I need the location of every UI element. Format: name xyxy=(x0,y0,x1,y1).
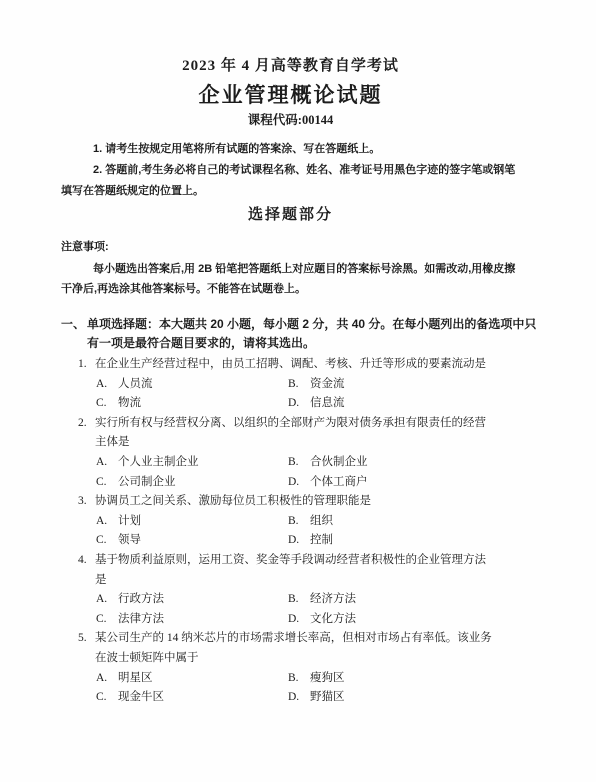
option-label: B. xyxy=(288,590,310,610)
exam-subject-title: 企业管理概论试题 xyxy=(61,83,520,109)
option-text: 计划 xyxy=(118,515,141,527)
question-stem: 4.基于物质利益原则，运用工资、奖金等手段调动经营者积极性的企业管理方法是 xyxy=(61,551,495,590)
option-text: 人员流 xyxy=(118,378,153,390)
question-stem-text: 在企业生产经营过程中，由员工招聘、调配、考核、升迁等形成的要素流动是 xyxy=(95,358,486,370)
option-d: D.野猫区 xyxy=(288,688,345,708)
option-label: B. xyxy=(288,375,310,395)
question-stem-text: 实行所有权与经营权分离、以组织的全部财产为限对债务承担有限责任的经营主体是 xyxy=(95,417,486,449)
option-label: C. xyxy=(96,688,118,708)
question-stem: 2.实行所有权与经营权分离、以组织的全部财产为限对债务承担有限责任的经营主体是 xyxy=(61,414,495,453)
option-b: B.经济方法 xyxy=(288,590,356,610)
notice-label: 注意事项: xyxy=(61,239,520,256)
option-text: 物流 xyxy=(118,397,141,409)
section-title: 选择题部分 xyxy=(61,205,520,224)
option-text: 明星区 xyxy=(118,672,153,684)
option-a: A.行政方法 xyxy=(96,590,288,610)
question-4: 4.基于物质利益原则，运用工资、奖金等手段调动经营者积极性的企业管理方法是 A.… xyxy=(61,551,495,629)
option-c: C.公司制企业 xyxy=(96,473,288,493)
option-text: 行政方法 xyxy=(118,593,164,605)
instruction-item-1: 1. 请考生按规定用笔将所有试题的答案涂、写在答题纸上。 xyxy=(61,139,520,160)
option-text: 组织 xyxy=(310,515,333,527)
question-stem-text: 基于物质利益原则，运用工资、奖金等手段调动经营者积极性的企业管理方法是 xyxy=(95,554,486,586)
option-label: B. xyxy=(288,453,310,473)
option-c: C.领导 xyxy=(96,531,288,551)
question-2: 2.实行所有权与经营权分离、以组织的全部财产为限对债务承担有限责任的经营主体是 … xyxy=(61,414,495,492)
option-d: D.控制 xyxy=(288,531,333,551)
option-label: C. xyxy=(96,394,118,414)
question-stem: 1.在企业生产经营过程中，由员工招聘、调配、考核、升迁等形成的要素流动是 xyxy=(61,355,495,375)
option-label: D. xyxy=(288,610,310,630)
options-grid: A.计划 B.组织 C.领导 D.控制 xyxy=(61,512,495,551)
option-label: B. xyxy=(288,669,310,689)
option-text: 瘦狗区 xyxy=(310,672,345,684)
option-text: 文化方法 xyxy=(310,613,356,625)
part-one-title: 单项选择题：本大题共 20 小题，每小题 2 分，共 40 分。在每小题列出的备… xyxy=(87,317,536,350)
option-text: 现金牛区 xyxy=(118,691,164,703)
option-d: D.个体工商户 xyxy=(288,473,368,493)
option-text: 领导 xyxy=(118,534,141,546)
option-d: D.文化方法 xyxy=(288,610,356,630)
exam-session-title: 2023 年 4 月高等教育自学考试 xyxy=(61,56,520,76)
question-3: 3.协调员工之间关系、激励每位员工积极性的管理职能是 A.计划 B.组织 C.领… xyxy=(61,492,495,551)
question-5: 5.某公司生产的 14 纳米芯片的市场需求增长率高，但相对市场占有率低。该业务在… xyxy=(61,629,495,707)
option-b: B.合伙制企业 xyxy=(288,453,368,473)
option-text: 个人业主制企业 xyxy=(118,456,199,468)
question-number: 4. xyxy=(61,551,95,571)
option-b: B.瘦狗区 xyxy=(288,669,345,689)
option-text: 经济方法 xyxy=(310,593,356,605)
option-text: 信息流 xyxy=(310,397,345,409)
option-text: 个体工商户 xyxy=(310,476,368,488)
option-label: C. xyxy=(96,473,118,493)
option-label: A. xyxy=(96,453,118,473)
option-text: 控制 xyxy=(310,534,333,546)
option-label: D. xyxy=(288,531,310,551)
question-number: 5. xyxy=(61,629,95,649)
option-text: 法律方法 xyxy=(118,613,164,625)
option-b: B.资金流 xyxy=(288,375,345,395)
options-grid: A.人员流 B.资金流 C.物流 D.信息流 xyxy=(61,375,495,414)
option-label: A. xyxy=(96,375,118,395)
question-number: 2. xyxy=(61,414,95,434)
option-text: 合伙制企业 xyxy=(310,456,368,468)
option-c: C.现金牛区 xyxy=(96,688,288,708)
question-list: 1.在企业生产经营过程中，由员工招聘、调配、考核、升迁等形成的要素流动是 A.人… xyxy=(61,355,495,708)
question-stem: 5.某公司生产的 14 纳米芯片的市场需求增长率高，但相对市场占有率低。该业务在… xyxy=(61,629,495,668)
question-number: 3. xyxy=(61,492,95,512)
option-label: A. xyxy=(96,512,118,532)
option-text: 公司制企业 xyxy=(118,476,176,488)
option-label: C. xyxy=(96,531,118,551)
instruction-item-2: 2. 答题前,考生务必将自己的考试课程名称、姓名、准考证号用黑色字迹的签字笔或钢… xyxy=(61,160,520,202)
option-label: D. xyxy=(288,688,310,708)
option-a: A.人员流 xyxy=(96,375,288,395)
options-grid: A.明星区 B.瘦狗区 C.现金牛区 D.野猫区 xyxy=(61,669,495,708)
option-label: D. xyxy=(288,394,310,414)
option-text: 野猫区 xyxy=(310,691,345,703)
options-grid: A.行政方法 B.经济方法 C.法律方法 D.文化方法 xyxy=(61,590,495,629)
question-number: 1. xyxy=(61,355,95,375)
option-label: D. xyxy=(288,473,310,493)
option-c: C.法律方法 xyxy=(96,610,288,630)
notice-body: 每小题选出答案后,用 2B 铅笔把答题纸上对应题目的答案标号涂黑。如需改动,用橡… xyxy=(61,259,520,299)
option-text: 资金流 xyxy=(310,378,345,390)
option-d: D.信息流 xyxy=(288,394,345,414)
question-stem-text: 某公司生产的 14 纳米芯片的市场需求增长率高，但相对市场占有率低。该业务在波士… xyxy=(95,632,492,664)
option-a: A.计划 xyxy=(96,512,288,532)
question-stem-text: 协调员工之间关系、激励每位员工积极性的管理职能是 xyxy=(95,495,371,507)
question-1: 1.在企业生产经营过程中，由员工招聘、调配、考核、升迁等形成的要素流动是 A.人… xyxy=(61,355,495,414)
option-a: A.明星区 xyxy=(96,669,288,689)
part-one-number: 一、 xyxy=(61,315,87,334)
exam-instructions: 1. 请考生按规定用笔将所有试题的答案涂、写在答题纸上。 2. 答题前,考生务必… xyxy=(61,139,520,202)
options-grid: A.个人业主制企业 B.合伙制企业 C.公司制企业 D.个体工商户 xyxy=(61,453,495,492)
option-label: A. xyxy=(96,590,118,610)
option-c: C.物流 xyxy=(96,394,288,414)
option-label: C. xyxy=(96,610,118,630)
exam-paper-page: 2023 年 4 月高等教育自学考试 企业管理概论试题 课程代码:00144 1… xyxy=(0,0,596,782)
option-label: A. xyxy=(96,669,118,689)
question-stem: 3.协调员工之间关系、激励每位员工积极性的管理职能是 xyxy=(61,492,495,512)
option-b: B.组织 xyxy=(288,512,333,532)
option-a: A.个人业主制企业 xyxy=(96,453,288,473)
course-code: 课程代码:00144 xyxy=(61,112,520,128)
part-one-heading: 一、单项选择题：本大题共 20 小题，每小题 2 分，共 40 分。在每小题列出… xyxy=(61,315,542,353)
option-label: B. xyxy=(288,512,310,532)
